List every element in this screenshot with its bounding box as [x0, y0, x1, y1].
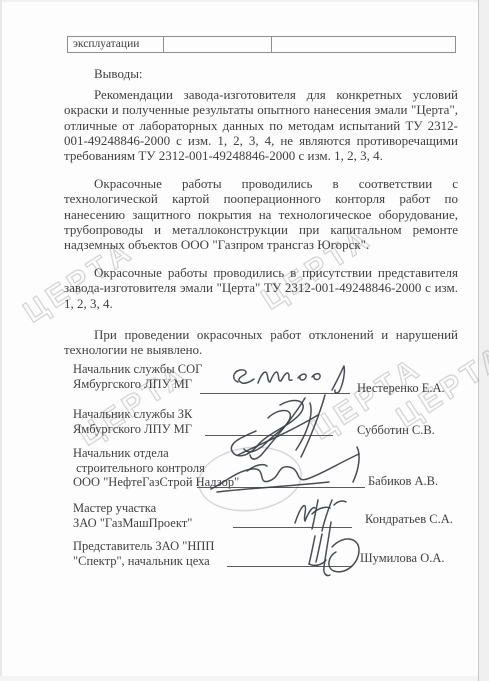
signatory-name: Субботин С.В. [357, 423, 435, 438]
signatory-name: Нестеренко Е.А. [357, 381, 445, 396]
role-line: Ямбургского ЛПУ МГ [73, 422, 192, 437]
signatory-role: Представитель ЗАО "НПП "Спектр", начальн… [73, 539, 214, 568]
paragraph: Окрасочные работы проводились в присутст… [64, 265, 458, 311]
paragraph: Рекомендации завода-изготовителя для кон… [64, 87, 458, 163]
table-cell: эксплуатации [68, 37, 164, 52]
signatory-name: Бабиков А.В. [368, 474, 438, 489]
signatory-role: Начальник службы ЗК Ямбургского ЛПУ МГ [73, 407, 192, 436]
role-line: Мастер участка [73, 501, 192, 516]
paragraph: При проведении окрасочных работ отклонен… [64, 327, 458, 357]
role-line: Начальник службы ЗК [73, 407, 192, 422]
document-body: Выводы: Рекомендации завода-изготовителя… [64, 66, 458, 370]
conclusions-heading: Выводы: [64, 66, 458, 81]
paragraph: Окрасочные работы проводились в соответс… [64, 176, 458, 252]
role-line: Ямбургского ЛПУ МГ [73, 377, 202, 392]
signatory-role: Начальник службы СОГ Ямбургского ЛПУ МГ [73, 362, 202, 391]
scan-edge-bottom [0, 676, 489, 681]
scan-edge-top [0, 0, 489, 2]
signature-scribble-3 [207, 441, 377, 497]
scan-edge-right-line [478, 0, 479, 681]
role-line: "Спектр", начальник цеха [73, 554, 214, 569]
table-row-fragment: эксплуатации [67, 36, 456, 53]
table-cell [272, 37, 455, 52]
scan-edge-right-strip [479, 0, 489, 681]
scan-edge-left [0, 0, 2, 681]
role-line: ЗАО "ГазМашПроект" [73, 516, 192, 531]
signatory-name: Кондратьев С.А. [365, 512, 453, 527]
signatory-role: Мастер участка ЗАО "ГазМашПроект" [73, 501, 192, 530]
table-cell [164, 37, 272, 52]
signature-scribble-5 [295, 516, 367, 580]
role-line: Начальник службы СОГ [73, 362, 202, 377]
scanned-document-page: ЦЕРТА ЦЕРТА ЦЕРТА ЦЕРТА ЦЕРТА эксплуатац… [0, 0, 489, 681]
signatory-name: Шумилова О.А. [360, 551, 445, 566]
role-line: Представитель ЗАО "НПП [73, 539, 214, 554]
